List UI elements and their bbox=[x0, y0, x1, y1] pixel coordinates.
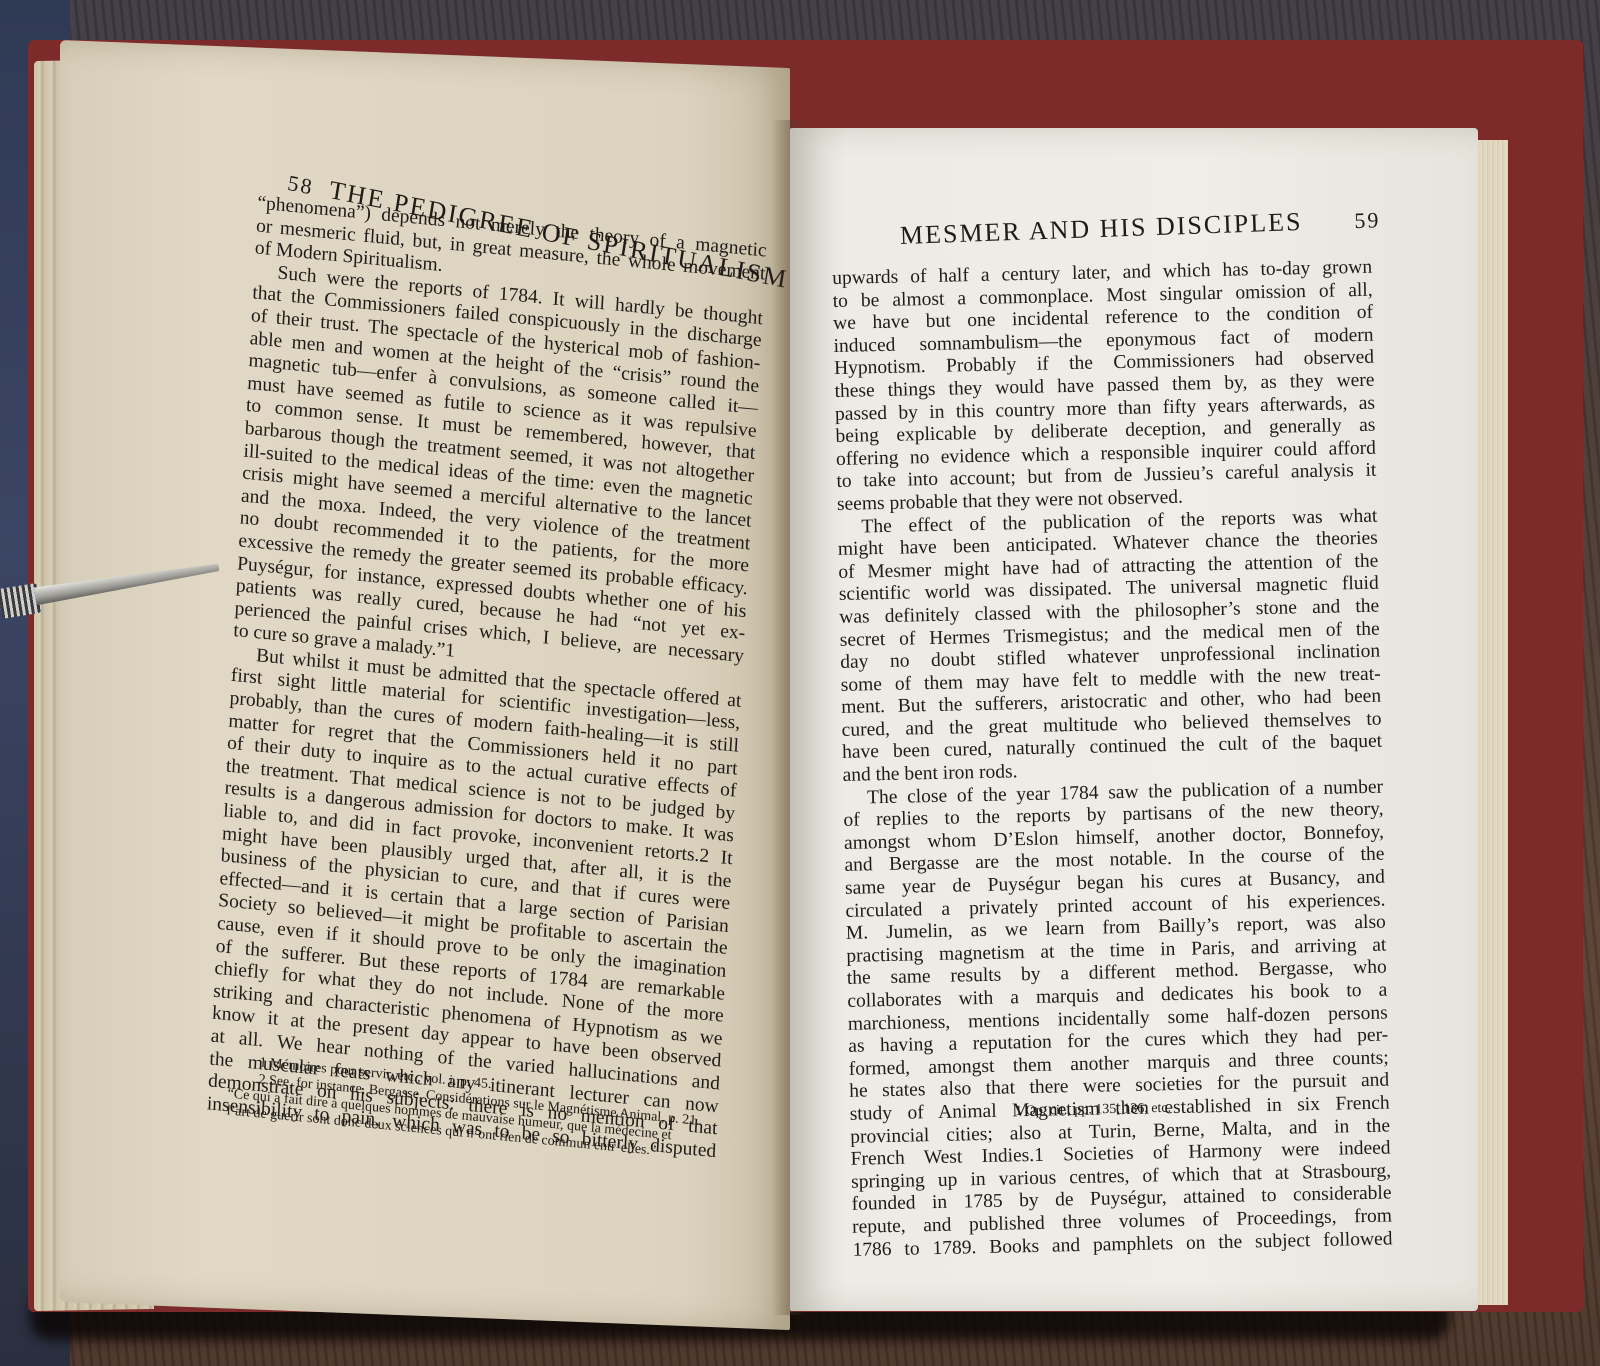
right-page: MESMER AND HIS DISCIPLES 59 upwards of h… bbox=[790, 128, 1478, 1311]
page-number-59: 59 bbox=[1354, 207, 1381, 234]
right-running-title: MESMER AND HIS DISCIPLES bbox=[899, 207, 1302, 251]
page-edges-right bbox=[1478, 140, 1508, 1305]
right-running-head: MESMER AND HIS DISCIPLES 59 bbox=[899, 204, 1380, 251]
left-body-text: “phenomena”) depends not merely the theo… bbox=[206, 193, 767, 1164]
left-page: 58 THE PEDIGREE OF SPIRITUALISM “phenome… bbox=[60, 40, 790, 1330]
